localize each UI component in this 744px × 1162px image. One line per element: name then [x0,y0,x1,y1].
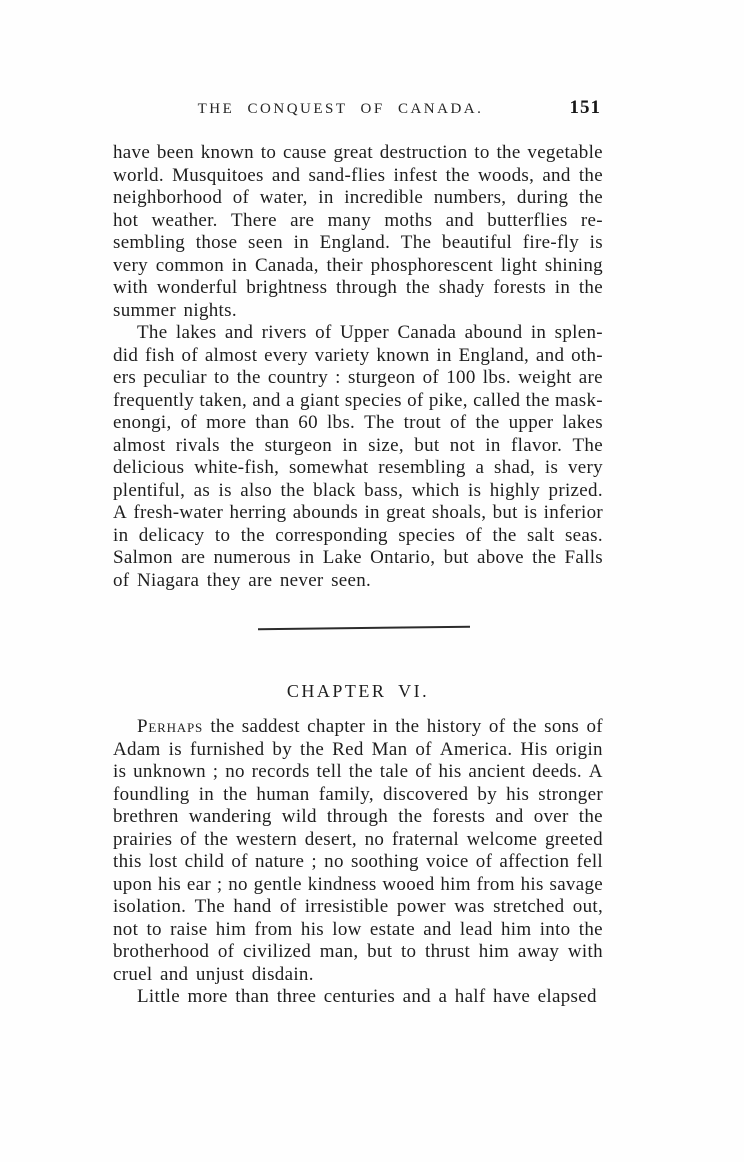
page-number: 151 [570,97,602,119]
text-line: of Niagara they are never seen. [113,570,603,593]
text-line: cruel and unjust disdain. [113,964,603,987]
text-line: didfishofalmosteveryvarietyknowninEnglan… [113,345,603,368]
text-line: nottoraisehimfromhislowestateandleadhimi… [113,919,603,942]
text-line: enongi,ofmorethan60lbs.Thetroutoftheuppe… [113,412,603,435]
chapter-heading: CHAPTER VI. [113,681,603,702]
text-line: almostrivalsthesturgeoninsize,butnotinfl… [113,435,603,458]
text-line: neighborhoodofwater,inincrediblenumbers,… [113,187,603,210]
text-line: semblingthoseseeninEngland.Thebeautifulf… [113,232,603,255]
text-line: isunknown;norecordstellthetaleofhisancie… [113,761,603,784]
text-line: havebeenknowntocausegreatdestructiontoth… [113,142,603,165]
chapter-paragraphs: Perhapsthesaddestchapterinthehistoryofth… [113,716,603,1009]
text-line: Afresh-waterherringaboundsingreatshoals,… [113,502,603,525]
text-line: Perhapsthesaddestchapterinthehistoryofth… [113,716,603,739]
text-line: AdamisfurnishedbytheRedManofAmerica.Hiso… [113,739,603,762]
text-line: indelicacytothecorrespondingspeciesofthe… [113,525,603,548]
text-line: brotherhoodofcivilizedman,buttothrusthim… [113,941,603,964]
text-line: foundlinginthehumanfamily,discoveredbyhi… [113,784,603,807]
text-line: world.Musquitoesandsand-fliesinfestthewo… [113,165,603,188]
text-line: ThelakesandriversofUpperCanadaaboundinsp… [113,322,603,345]
text-line: hotweather.Therearemanymothsandbutterfli… [113,210,603,233]
text-line: withwonderfulbrightnessthroughtheshadyfo… [113,277,603,300]
text-line: erspeculiartothecountry:sturgeonof100lbs… [113,367,603,390]
text-line: Little more than three centuries and a h… [113,986,603,1009]
text-line: brethrenwanderingwildthroughtheforestsan… [113,806,603,829]
text-line: uponhisear;nogentlekindnesswooedhimfromh… [113,874,603,897]
text-line: thislostchildofnature;nosoothingvoiceofa… [113,851,603,874]
intro-paragraphs: havebeenknowntocausegreatdestructiontoth… [113,142,603,592]
text-line: plentiful,asisalsotheblackbass,whichishi… [113,480,603,503]
running-head-title: THE CONQUEST OF CANADA. [113,101,568,118]
book-page: THE CONQUEST OF CANADA. 151 havebeenknow… [0,0,744,1162]
text-line: prairiesofthewesterndesert,nofraternalwe… [113,829,603,852]
text-line: deliciouswhite-fish,somewhatresemblingas… [113,457,603,480]
text-line: frequentlytaken,andagiantspeciesofpike,c… [113,390,603,413]
text-line: isolation.Thehandofirresistiblepowerwass… [113,896,603,919]
section-divider-rule [258,626,470,631]
text-line: SalmonarenumerousinLakeOntario,butabovet… [113,547,603,570]
text-line: summer nights. [113,300,603,323]
text-line: verycommoninCanada,theirphosphorescentli… [113,255,603,278]
